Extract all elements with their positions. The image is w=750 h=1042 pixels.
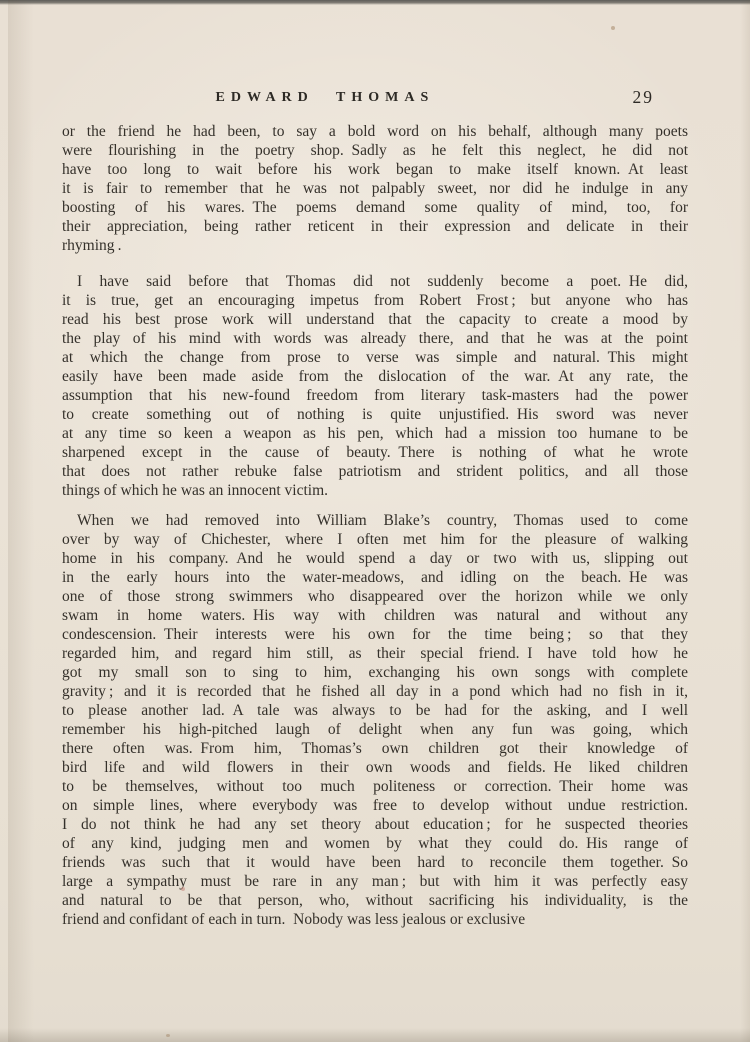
page-number: 29 [633, 87, 655, 108]
text-line: friends was such that it would have been… [62, 853, 688, 872]
text-line: at any time so keen a weapon as his pen,… [62, 424, 688, 443]
scan-top-edge [0, 0, 750, 5]
text-line: to create something out of nothing is qu… [62, 405, 688, 424]
paragraph-2: I have said before that Thomas did not s… [62, 272, 688, 500]
text-line: over by way of Chichester, where I often… [62, 530, 688, 549]
text-line: bird life and wild flowers in their own … [62, 758, 688, 777]
text-line: regarded him, and regard him still, as t… [62, 644, 688, 663]
text-line: sharpened except in the cause of beauty.… [62, 443, 688, 462]
text-line: boosting of his wares. The poems demand … [62, 198, 688, 217]
text-line: were flourishing in the poetry shop. Sad… [62, 141, 688, 160]
text-line: to please another lad. A tale was always… [62, 701, 688, 720]
page-crease [8, 0, 34, 1042]
text-line: easily have been made aside from the dis… [62, 367, 688, 386]
text-line: remember his high-pitched laugh of delig… [62, 720, 688, 739]
page-right-shade [740, 0, 750, 1042]
text-line: I have said before that Thomas did not s… [62, 272, 688, 291]
text-line: things of which he was an innocent victi… [62, 481, 688, 500]
text-line: got my small son to sing to him, exchang… [62, 663, 688, 682]
book-page-scan: EDWARD THOMAS 29 or the friend he had be… [0, 0, 750, 1042]
text-line: one of those strong swimmers who disappe… [62, 587, 688, 606]
text-line: swam in home waters. His way with childr… [62, 606, 688, 625]
text-line: gravity ; and it is recorded that he fis… [62, 682, 688, 701]
paragraph-3: When we had removed into William Blake’s… [62, 511, 688, 929]
text-line: on simple lines, where everybody was fre… [62, 796, 688, 815]
text-line: their appreciation, being rather reticen… [62, 217, 688, 236]
text-line: to be themselves, without too much polit… [62, 777, 688, 796]
text-line: large a sympathy must be rare in any man… [62, 872, 688, 891]
text-line: rhyming . [62, 236, 688, 255]
text-line: condescension. Their interests were his … [62, 625, 688, 644]
paper-speck [611, 26, 615, 30]
text-line: the play of his mind with words was alre… [62, 329, 688, 348]
text-line: it is true, get an encouraging impetus f… [62, 291, 688, 310]
text-line: it is fair to remember that he was not p… [62, 179, 688, 198]
scan-bottom-edge [0, 1028, 750, 1042]
text-line: home in his company. And he would spend … [62, 549, 688, 568]
text-line: in the early hours into the water-meadow… [62, 568, 688, 587]
text-line: and natural to be that person, who, with… [62, 891, 688, 910]
paper-speck [166, 1034, 170, 1037]
text-line: read his best prose work will understand… [62, 310, 688, 329]
text-line: at which the change from prose to verse … [62, 348, 688, 367]
running-header-title: EDWARD THOMAS [216, 90, 435, 106]
text-line: friend and confidant of each in turn. No… [62, 910, 688, 929]
text-line: there often was. From him, Thomas’s own … [62, 739, 688, 758]
paragraph-1: or the friend he had been, to say a bold… [62, 122, 688, 255]
running-header: EDWARD THOMAS 29 [62, 90, 688, 114]
text-line: or the friend he had been, to say a bold… [62, 122, 688, 141]
text-line: of any kind, judging men and women by wh… [62, 834, 688, 853]
text-line: have too long to wait before his work be… [62, 160, 688, 179]
paper-speck [181, 887, 185, 891]
text-line: When we had removed into William Blake’s… [62, 511, 688, 530]
text-line: I do not think he had any set theory abo… [62, 815, 688, 834]
text-line: that does not rather rebuke false patrio… [62, 462, 688, 481]
text-line: assumption that his new-found freedom fr… [62, 386, 688, 405]
